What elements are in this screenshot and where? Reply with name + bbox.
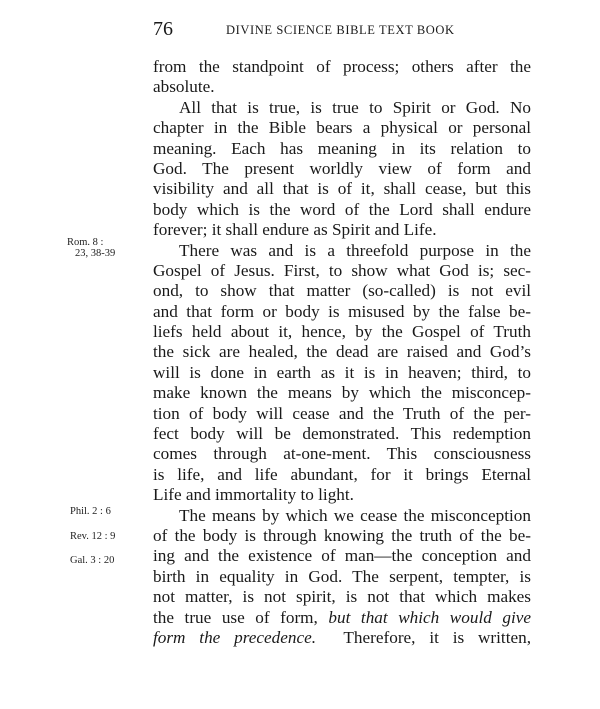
paragraph: from the standpoint of process; others a…	[153, 57, 531, 98]
italic-emphasis: but that which would give	[328, 608, 531, 627]
text-line: of the body is through knowing the truth…	[153, 526, 531, 546]
text-line: and that form or body is misused by the …	[153, 302, 531, 322]
italic-emphasis: form the precedence.	[153, 628, 316, 647]
body-text: from the standpoint of process; others a…	[153, 57, 531, 648]
margin-reference-galatians: Gal. 3 : 20	[70, 555, 114, 566]
text-line: There was and is a threefold purpose in …	[153, 241, 531, 261]
roman-text: Therefore, it is written,	[316, 628, 531, 647]
paragraph: The means by which we cease the misconce…	[153, 506, 531, 649]
running-head-title: DIVINE SCIENCE BIBLE TEXT BOOK	[226, 23, 455, 37]
text-line: The means by which we cease the misconce…	[153, 506, 531, 526]
text-line: Life and immortality to light.	[153, 485, 531, 505]
text-line: ond, to show that matter (so-called) is …	[153, 281, 531, 301]
text-line: Gospel of Jesus. First, to show what God…	[153, 261, 531, 281]
paragraph: All that is true, is true to Spirit or G…	[153, 98, 531, 241]
text-line: comes through at-one-ment. This consciou…	[153, 444, 531, 464]
text-line: forever; it shall endure as Spirit and L…	[153, 220, 531, 240]
text-line: make known the means by which the miscon…	[153, 383, 531, 403]
text-line-with-italic: form the precedence. Therefore, it is wr…	[153, 628, 531, 648]
text-line: is life, and life abundant, for it bring…	[153, 465, 531, 485]
book-page: 76 DIVINE SCIENCE BIBLE TEXT BOOK Rom. 8…	[0, 0, 600, 709]
text-line: from the standpoint of process; others a…	[153, 57, 531, 77]
text-line: visibility and all that is of it, shall …	[153, 179, 531, 199]
running-head: 76 DIVINE SCIENCE BIBLE TEXT BOOK	[153, 18, 531, 40]
text-line-with-italic: the true use of form, but that which wou…	[153, 608, 531, 628]
text-line: absolute.	[153, 77, 531, 97]
text-line: not matter, is not spirit, is not that w…	[153, 587, 531, 607]
text-line: God. The present worldly view of form an…	[153, 159, 531, 179]
margin-reference-line: Rom. 8 :	[67, 237, 115, 248]
page-number: 76	[153, 18, 173, 40]
margin-reference-romans: Rom. 8 : 23, 38-39	[67, 237, 115, 259]
text-line: the sick are healed, the dead are raised…	[153, 342, 531, 362]
text-line: ing and the existence of man—the concept…	[153, 546, 531, 566]
text-line: will is done in earth as it is in heaven…	[153, 363, 531, 383]
text-line: All that is true, is true to Spirit or G…	[153, 98, 531, 118]
margin-reference-line: 23, 38-39	[67, 248, 115, 259]
roman-text: the true use of form,	[153, 608, 328, 627]
text-line: liefs held about it, hence, by the Gospe…	[153, 322, 531, 342]
margin-reference-revelation: Rev. 12 : 9	[70, 531, 115, 542]
margin-reference-line: Rev. 12 : 9	[70, 531, 115, 542]
paragraph: There was and is a threefold purpose in …	[153, 241, 531, 506]
text-line: birth in equality in God. The serpent, t…	[153, 567, 531, 587]
text-line: body which is the word of the Lord shall…	[153, 200, 531, 220]
text-line: chapter in the Bible bears a physical or…	[153, 118, 531, 138]
margin-reference-philippians: Phil. 2 : 6	[70, 506, 111, 517]
text-line: meaning. Each has meaning in its relatio…	[153, 139, 531, 159]
margin-reference-line: Phil. 2 : 6	[70, 506, 111, 517]
margin-reference-line: Gal. 3 : 20	[70, 555, 114, 566]
text-line: fect body will be demonstrated. This red…	[153, 424, 531, 444]
text-line: tion of body will cease and the Truth of…	[153, 404, 531, 424]
